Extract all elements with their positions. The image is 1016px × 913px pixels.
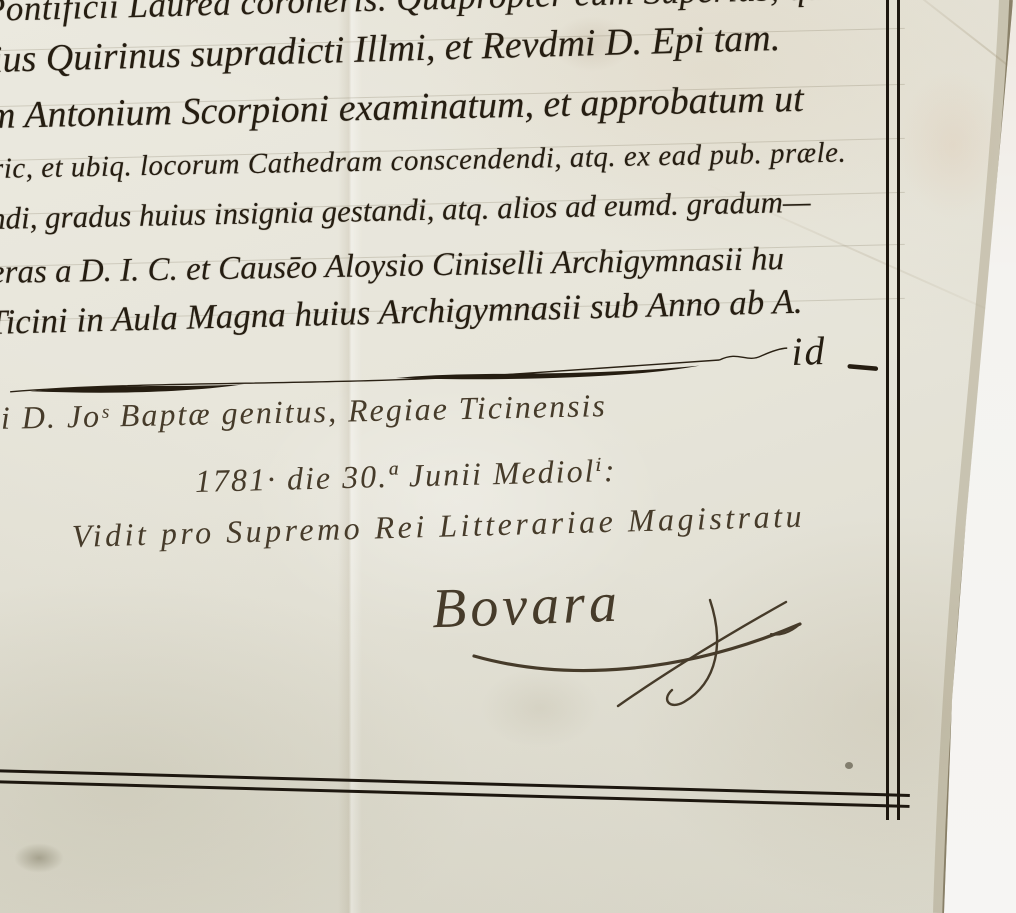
ink-spot — [845, 762, 853, 769]
age-stain — [14, 843, 64, 873]
frame-border-vertical-outer — [897, 0, 900, 820]
fold-crease — [338, 0, 362, 913]
frame-border-vertical-inner — [886, 0, 889, 820]
flourish-tail-text: id — [791, 327, 827, 375]
manuscript-photo: Pontificii Laurea coroneris. Quapropter … — [0, 0, 1016, 913]
age-stain — [898, 70, 1008, 220]
signature-paraph — [470, 598, 810, 710]
parchment-sheet: Pontificii Laurea coroneris. Quapropter … — [0, 0, 1016, 913]
